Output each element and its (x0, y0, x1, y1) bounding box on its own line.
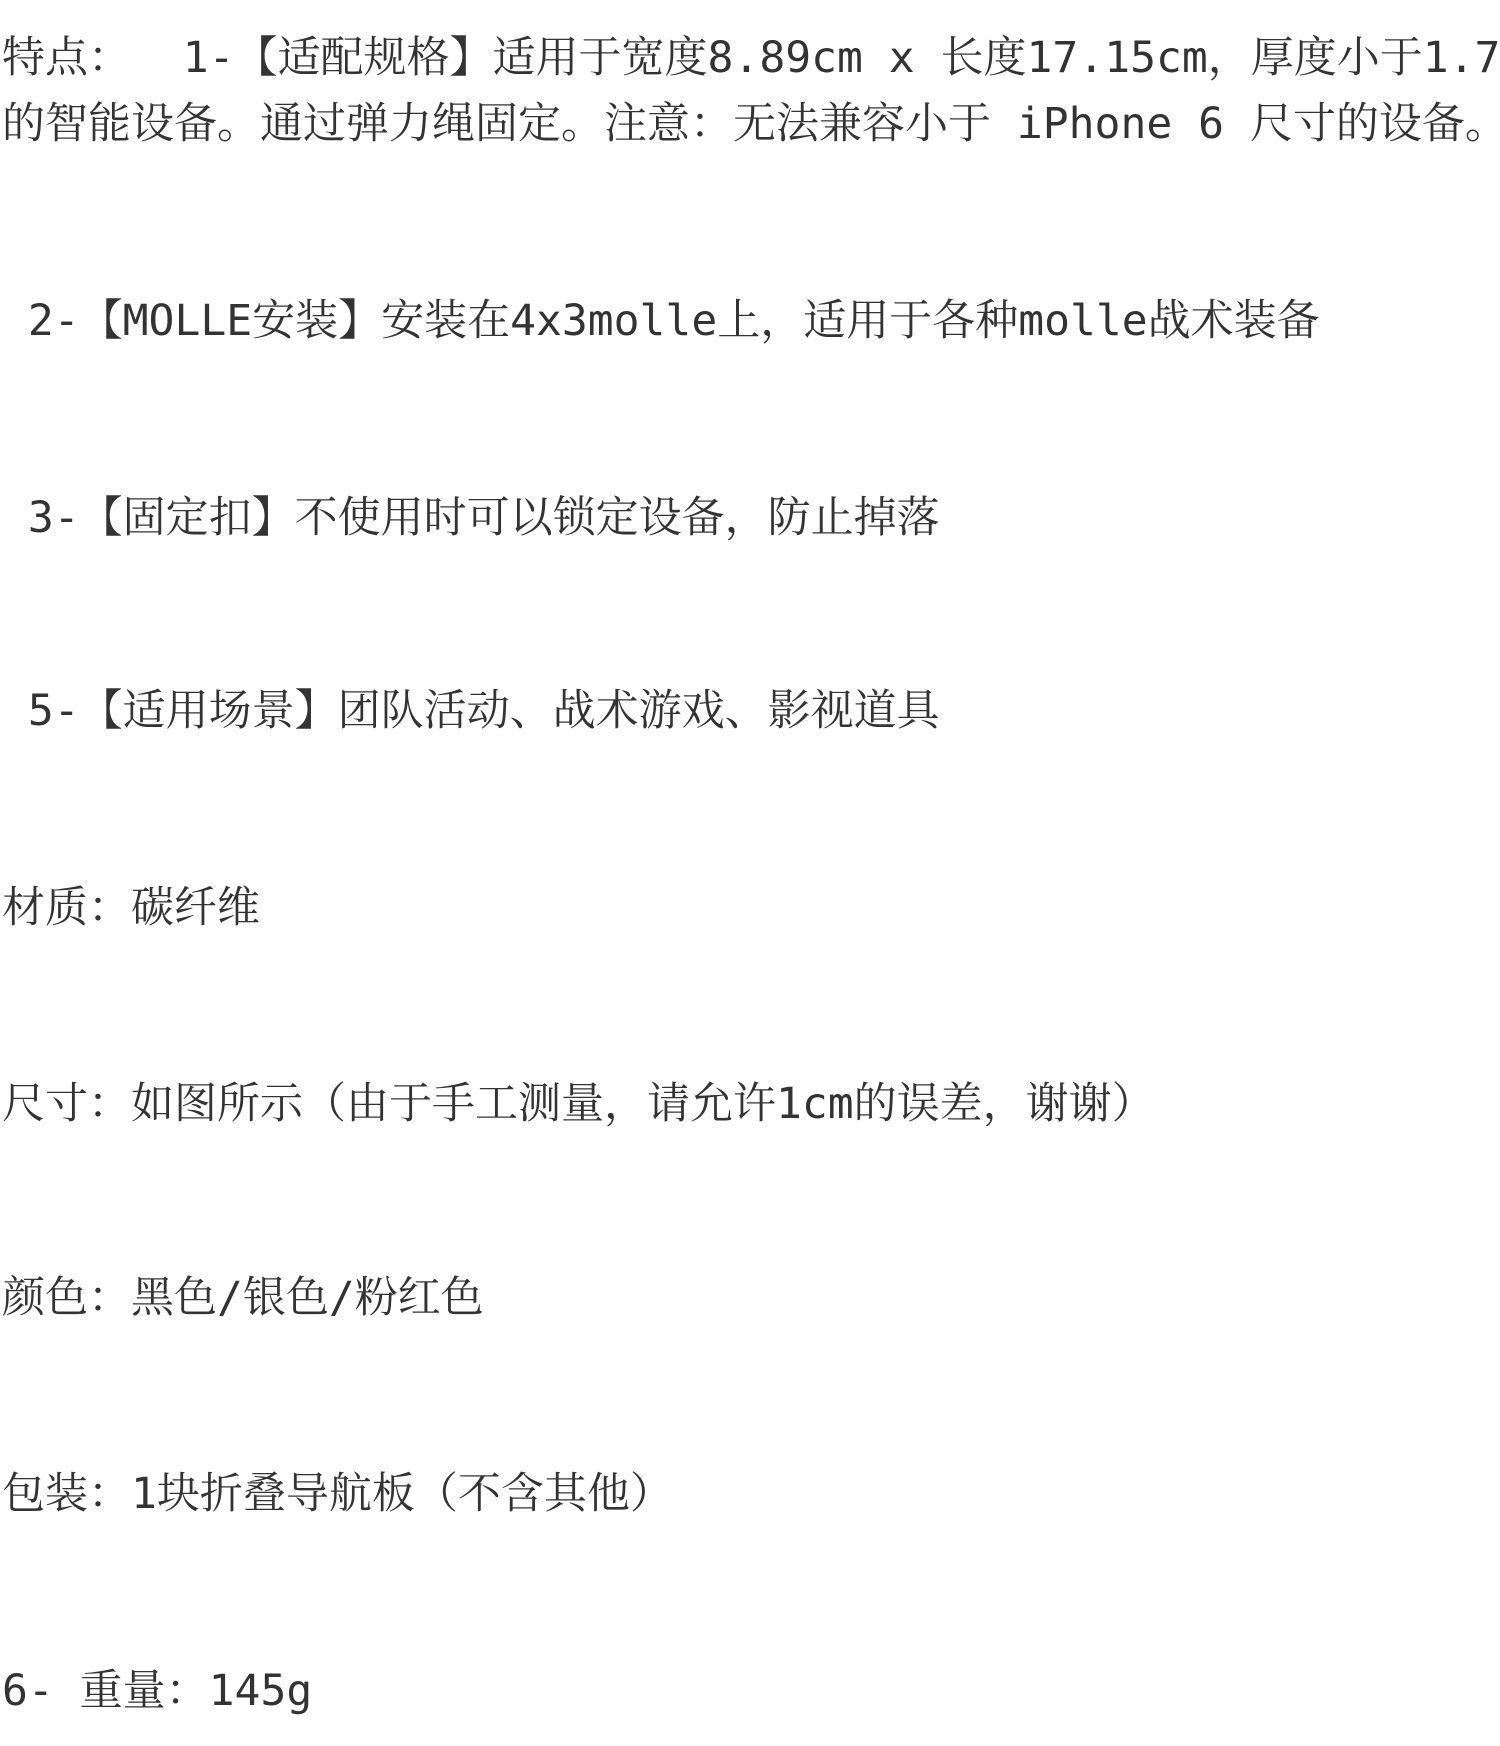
package-contents-line: 包装：1块折叠导航板（不含其他） (2, 1461, 1498, 1527)
product-description-page: 特点： 1-【适配规格】适用于宽度8.89cm x 长度17.15cm，厚度小于… (0, 0, 1500, 1746)
color-options-line: 颜色：黑色/银色/粉红色 (2, 1265, 1498, 1331)
size-line: 尺寸：如图所示（由于手工测量，请允许1cm的误差，谢谢） (2, 1071, 1498, 1137)
feature-use-cases-line: 5-【适用场景】团队活动、战术游戏、影视道具 (2, 678, 1498, 744)
feature-lock-clip-line: 3-【固定扣】不使用时可以锁定设备，防止掉落 (2, 485, 1498, 551)
weight-line: 6- 重量：145g (2, 1658, 1498, 1724)
feature-specs-line-1: 特点： 1-【适配规格】适用于宽度8.89cm x 长度17.15cm，厚度小于… (2, 25, 1498, 91)
feature-molle-mount-line: 2-【MOLLE安装】安装在4x3molle上，适用于各种molle战术装备 (2, 288, 1498, 354)
material-line: 材质：碳纤维 (2, 875, 1498, 941)
feature-specs-line-2: 的智能设备。通过弹力绳固定。注意：无法兼容小于 iPhone 6 尺寸的设备。 (2, 91, 1498, 157)
